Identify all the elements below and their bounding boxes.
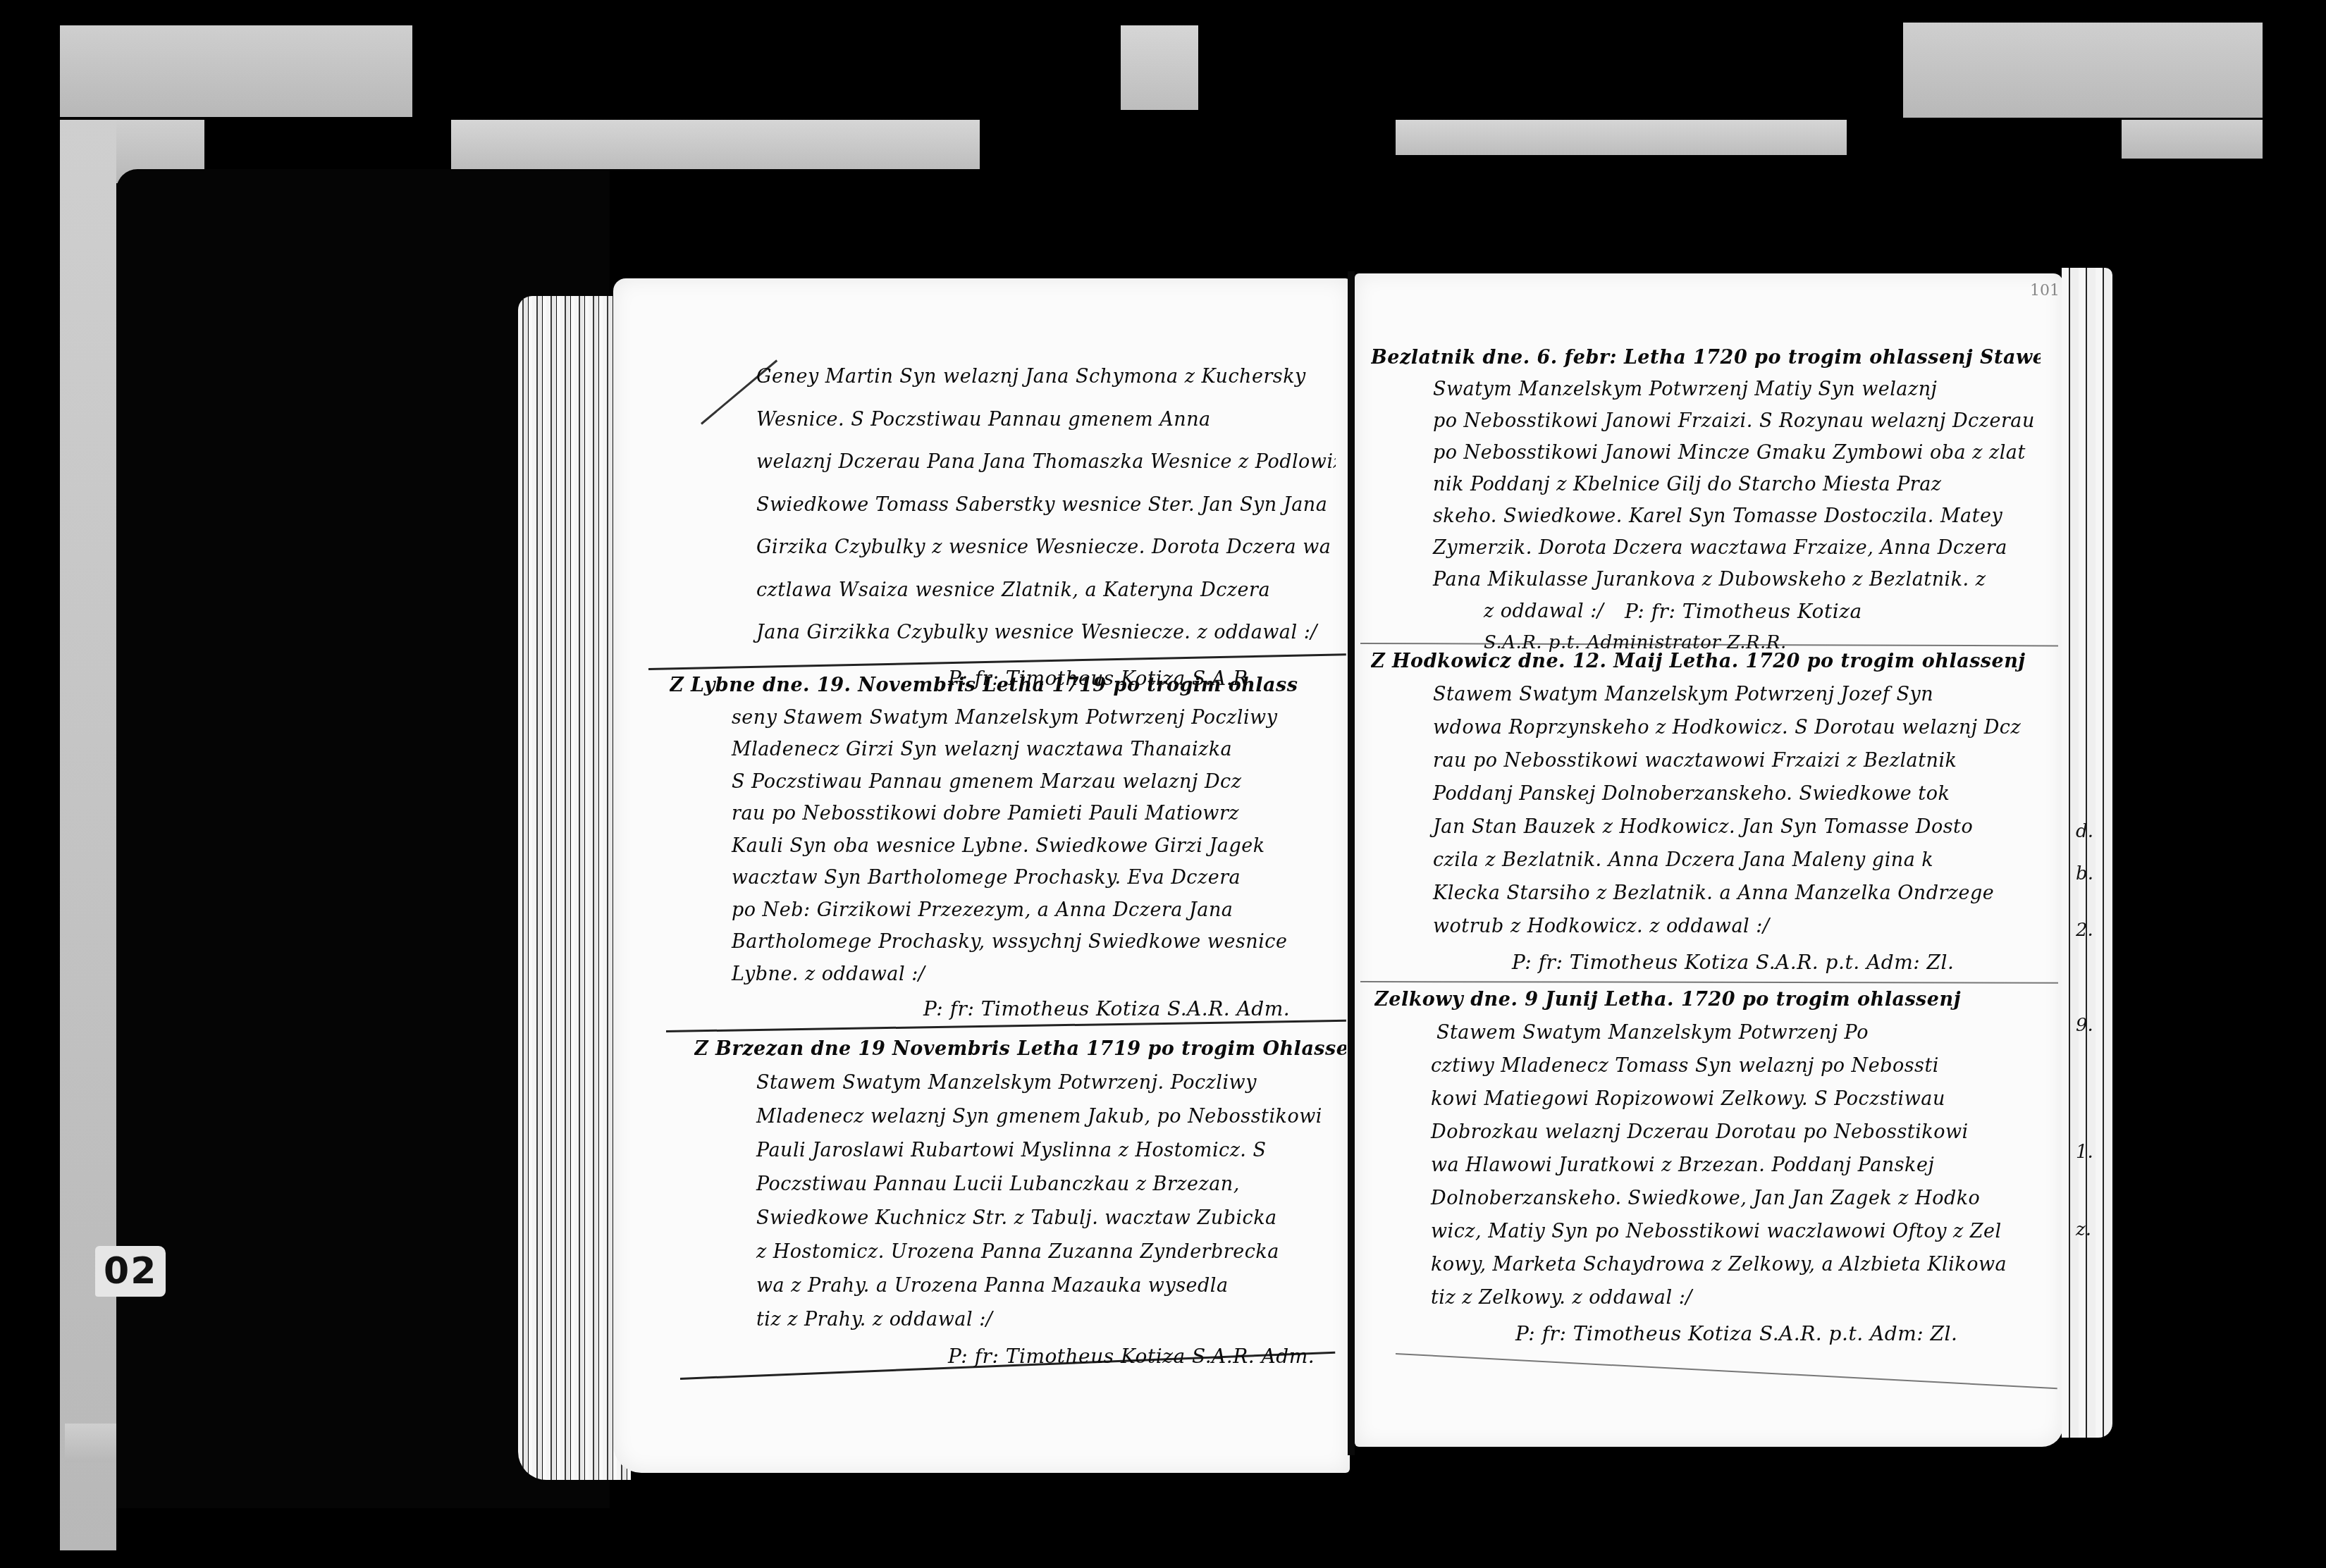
entry-line: Stawem Swatym Manzelskym Potwrzenj Po xyxy=(1374,1016,2044,1049)
entry-line: Kauli Syn oba wesnice Lybne. Swiedkowe G… xyxy=(670,830,1346,863)
entry-line: welaznj Dczerau Pana Jana Thomaszka Wesn… xyxy=(694,441,1336,484)
register-entry: Zelkowy dne. 9 Junij Letha. 1720 po trog… xyxy=(1374,983,2044,1350)
entry-line: cztlawa Wsaiza wesnice Zlatnik, a Katery… xyxy=(694,569,1336,612)
entry-line: Swiedkowe Tomass Saberstky wesnice Ster.… xyxy=(694,484,1336,527)
entry-line: tiz z Zelkowy. z oddawal :/ xyxy=(1374,1281,2044,1314)
entry-line: nik Poddanj z Kbelnice Gilj do Starcho M… xyxy=(1371,469,2041,500)
priest-signature: P: fr: Timotheus Kotiza S.A.R. p.t. Adm:… xyxy=(1371,946,2041,979)
archive-tag: 02 xyxy=(95,1246,166,1297)
entry-line: Jan Stan Bauzek z Hodkowicz. Jan Syn Tom… xyxy=(1371,810,2041,844)
priest-signature: P: fr: Timotheus Kotiza S.A.R. Adm. xyxy=(670,993,1346,1025)
register-entry: Z Lybne dne. 19. Novembris Letha 1719 po… xyxy=(670,669,1346,1025)
entry-line: wa z Prahy. a Urozena Panna Mazauka wyse… xyxy=(694,1269,1346,1303)
entry-line: Poczstiwau Pannau Lucii Lubanczkau z Brz… xyxy=(694,1168,1346,1202)
margin-note: 2. xyxy=(2076,920,2093,941)
background-gray-panel-right xyxy=(1903,23,2263,118)
margin-note: 1. xyxy=(2076,1142,2093,1163)
entry-line: Pauli Jaroslawi Rubartowi Myslinna z Hos… xyxy=(694,1134,1346,1168)
entry-heading-line: Z Lybne dne. 19. Novembris Letha 1719 po… xyxy=(670,669,1346,702)
entry-line: Mladenecz welaznj Syn gmenem Jakub, po N… xyxy=(694,1100,1346,1134)
entry-line: Stawem Swatym Manzelskym Potwrzenj. Pocz… xyxy=(694,1066,1346,1100)
entry-line: Geney Martin Syn welaznj Jana Schymona z… xyxy=(694,356,1336,399)
entry-line: Swiedkowe Kuchnicz Str. z Tabulj. waczta… xyxy=(694,1202,1346,1235)
entry-line: skeho. Swiedkowe. Karel Syn Tomasse Dost… xyxy=(1371,500,2041,532)
right-page-fore-edge xyxy=(2062,268,2112,1438)
background-gray-panel-left-tall xyxy=(60,120,116,1550)
register-entry: Z Brzezan dne 19 Novembris Letha 1719 po… xyxy=(694,1032,1346,1373)
priest-signature: P: fr: Timotheus Kotiza xyxy=(1371,595,2041,627)
entry-line: S Poczstiwau Pannau gmenem Marzau welazn… xyxy=(670,766,1346,798)
entry-line: rau po Nebosstikowi wacztawowi Frzaizi z… xyxy=(1371,744,2041,777)
background-gray-panel-left xyxy=(60,25,412,117)
margin-note: z. xyxy=(2076,1219,2091,1240)
entry-line: wa Hlawowi Juratkowi z Brzezan. Poddanj … xyxy=(1374,1149,2044,1182)
entry-line: Zymerzik. Dorota Dczera wacztawa Frzaize… xyxy=(1371,532,2041,564)
entry-line: Mladenecz Girzi Syn welaznj wacztawa Tha… xyxy=(670,734,1346,766)
entry-heading-line: Bezlatnik dne. 6. febr: Letha 1720 po tr… xyxy=(1371,342,2041,374)
entry-line: Wesnice. S Poczstiwau Pannau gmenem Anna xyxy=(694,399,1336,442)
entry-line: wicz, Matiy Syn po Nebosstikowi waczlawo… xyxy=(1374,1215,2044,1248)
entry-line: Pana Mikulasse Jurankova z Dubowskeho z … xyxy=(1371,564,2041,595)
entry-line: z Hostomicz. Urozena Panna Zuzanna Zynde… xyxy=(694,1235,1346,1269)
background-gray-panel-top-right xyxy=(1396,120,1847,155)
register-entry: Geney Martin Syn welaznj Jana Schymona z… xyxy=(694,356,1336,700)
entry-line: wacztaw Syn Bartholomege Prochasky. Eva … xyxy=(670,862,1346,894)
entry-line: Stawem Swatym Manzelskym Potwrzenj Jozef… xyxy=(1371,678,2041,711)
entry-line: wotrub z Hodkowicz. z oddawal :/ xyxy=(1371,910,2041,943)
book-gutter xyxy=(1348,271,1355,1455)
entry-line: rau po Nebosstikowi dobre Pamieti Pauli … xyxy=(670,798,1346,830)
entry-line: Lybne. z oddawal :/ xyxy=(670,958,1346,991)
entry-line: Poddanj Panskej Dolnoberzanskeho. Swiedk… xyxy=(1371,777,2041,810)
entry-heading-line: Z Brzezan dne 19 Novembris Letha 1719 po… xyxy=(694,1032,1346,1066)
background-gray-panel-right-low xyxy=(2122,120,2263,159)
entry-line: Swatym Manzelskym Potwrzenj Matiy Syn we… xyxy=(1371,374,2041,405)
entry-line: cztiwy Mladenecz Tomass Syn welaznj po N… xyxy=(1374,1049,2044,1082)
entry-line: wdowa Roprzynskeho z Hodkowicz. S Dorota… xyxy=(1371,711,2041,744)
margin-note: b. xyxy=(2076,863,2093,884)
entry-line: czila z Bezlatnik. Anna Dczera Jana Male… xyxy=(1371,844,2041,877)
page-number: 101 xyxy=(2030,282,2060,300)
entry-line: kowy, Marketa Schaydrowa z Zelkowy, a Al… xyxy=(1374,1248,2044,1281)
register-entry: Bezlatnik dne. 6. febr: Letha 1720 po tr… xyxy=(1371,342,2041,659)
priest-signature: P: fr: Timotheus Kotiza S.A.R. p.t. Adm:… xyxy=(1374,1317,2044,1350)
entry-line: Dolnoberzanskeho. Swiedkowe, Jan Jan Zag… xyxy=(1374,1182,2044,1215)
entry-line: Girzika Czybulky z wesnice Wesniecze. Do… xyxy=(694,526,1336,569)
entry-line: tiz z Prahy. z oddawal :/ xyxy=(694,1303,1346,1337)
entry-heading-line: Zelkowy dne. 9 Junij Letha. 1720 po trog… xyxy=(1374,983,2044,1016)
background-gray-panel-center xyxy=(1121,25,1198,110)
entry-line: seny Stawem Swatym Manzelskym Potwrzenj … xyxy=(670,702,1346,734)
entry-line: po Nebosstikowi Janowi Mincze Gmaku Zymb… xyxy=(1371,437,2041,469)
entry-line: Klecka Starsiho z Bezlatnik. a Anna Manz… xyxy=(1371,877,2041,910)
priest-signature: P: fr: Timotheus Kotiza S.A.R. Adm. xyxy=(694,1340,1346,1373)
margin-note: 9. xyxy=(2076,1015,2093,1036)
entry-line: Jana Girzikka Czybulky wesnice Wesniecze… xyxy=(694,612,1336,655)
entry-heading-line: Z Hodkowicz dne. 12. Maij Letha. 1720 po… xyxy=(1371,645,2041,678)
margin-note: d. xyxy=(2076,821,2093,842)
entry-line: po Neb: Girzikowi Przezezym, a Anna Dcze… xyxy=(670,894,1346,927)
entry-line: kowi Matiegowi Ropizowowi Zelkowy. S Poc… xyxy=(1374,1082,2044,1116)
register-entry: Z Hodkowicz dne. 12. Maij Letha. 1720 po… xyxy=(1371,645,2041,979)
background-gray-panel-top-left xyxy=(451,120,980,169)
entry-line: Bartholomege Prochasky, wssychnj Swiedko… xyxy=(670,926,1346,958)
entry-line: Dobrozkau welaznj Dczerau Dorotau po Neb… xyxy=(1374,1116,2044,1149)
entry-line: po Nebosstikowi Janowi Frzaizi. S Rozyna… xyxy=(1371,405,2041,437)
